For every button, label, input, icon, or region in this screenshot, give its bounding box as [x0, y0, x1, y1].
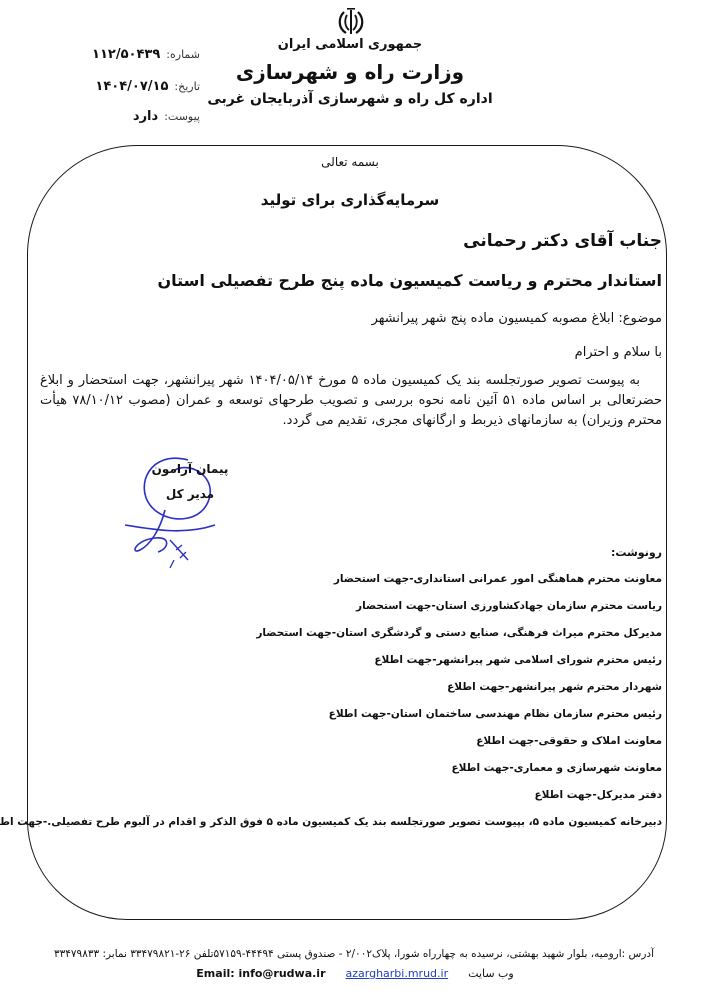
website-link[interactable]: azargharbi.mrud.ir [346, 967, 449, 980]
cc-item: معاونت محترم هماهنگی امور عمرانی استاندا… [42, 571, 662, 598]
website-label: وب سایت [468, 967, 514, 980]
year-slogan: سرمایه‌گذاری برای تولید [200, 191, 500, 209]
signatory-title: مدیر کل [140, 487, 240, 501]
signatory-name: پیمان آرامون [140, 462, 240, 476]
letter-number-label: شماره: [166, 48, 200, 61]
letter-date-row: تاریخ: ۱۴۰۴/۰۷/۱۵ [60, 79, 200, 99]
cc-item: معاونت املاک و حقوقی-جهت اطلاع [42, 733, 662, 760]
cc-list: معاونت محترم هماهنگی امور عمرانی استاندا… [42, 571, 662, 841]
ministry-title: وزارت راه و شهرسازی [180, 60, 520, 84]
attachment-value: دارد [133, 109, 158, 124]
letter-date-label: تاریخ: [174, 80, 200, 93]
greeting: با سلام و احترام [575, 345, 662, 360]
letter-date-value: ۱۴۰۴/۰۷/۱۵ [95, 79, 168, 94]
cc-item: دفتر مدیرکل-جهت اطلاع [42, 787, 662, 814]
cc-item: رئیس محترم سازمان نظام مهندسی ساختمان اس… [42, 706, 662, 733]
email-text: Email: info@rudwa.ir [196, 967, 325, 980]
footer-address: آدرس :ارومیه، بلوار شهید بهشتی، نرسیده ب… [50, 948, 658, 960]
subject-line: موضوع: ابلاغ مصوبه کمیسیون ماده پنج شهر … [372, 311, 662, 326]
attachment-row: پیوست: دارد [60, 109, 200, 129]
cc-item: دبیرخانه کمیسیون ماده ۵، بپیوست تصویر صو… [42, 814, 662, 841]
cc-item: ریاست محترم سازمان جهادکشاورزی استان-جهت… [42, 598, 662, 625]
footer-contact: وب سایت azargharbi.mrud.ir Email: info@r… [150, 967, 560, 980]
addressee-title: استاندار محترم و ریاست کمیسیون ماده پنج … [157, 271, 662, 290]
letter-number-row: شماره: ۱۱۲/۵۰۴۳۹ [60, 47, 200, 67]
addressee: جناب آقای دکتر رحمانی [463, 231, 662, 251]
cc-item: شهردار محترم شهر پیرانشهر-جهت اطلاع [42, 679, 662, 706]
iran-emblem-icon [336, 6, 366, 38]
republic-title: جمهوری اسلامی ایران [200, 37, 500, 52]
attachment-label: پیوست: [164, 110, 200, 123]
letter-body: به پیوست تصویر صورتجلسه بند یک کمیسیون م… [40, 371, 662, 431]
letter-number-value: ۱۱۲/۵۰۴۳۹ [92, 47, 160, 62]
cc-item: معاونت شهرسازی و معماری-جهت اطلاع [42, 760, 662, 787]
directorate-title: اداره کل راه و شهرسازی آذربایجان غربی [170, 91, 530, 107]
bismillah: بسمه تعالی [200, 155, 500, 169]
cc-heading: رونوشت: [611, 546, 662, 559]
cc-item: رئیس محترم شورای اسلامی شهر پیرانشهر-جهت… [42, 652, 662, 679]
cc-item: مدیرکل محترم میراث فرهنگی، صنایع دستی و … [42, 625, 662, 652]
